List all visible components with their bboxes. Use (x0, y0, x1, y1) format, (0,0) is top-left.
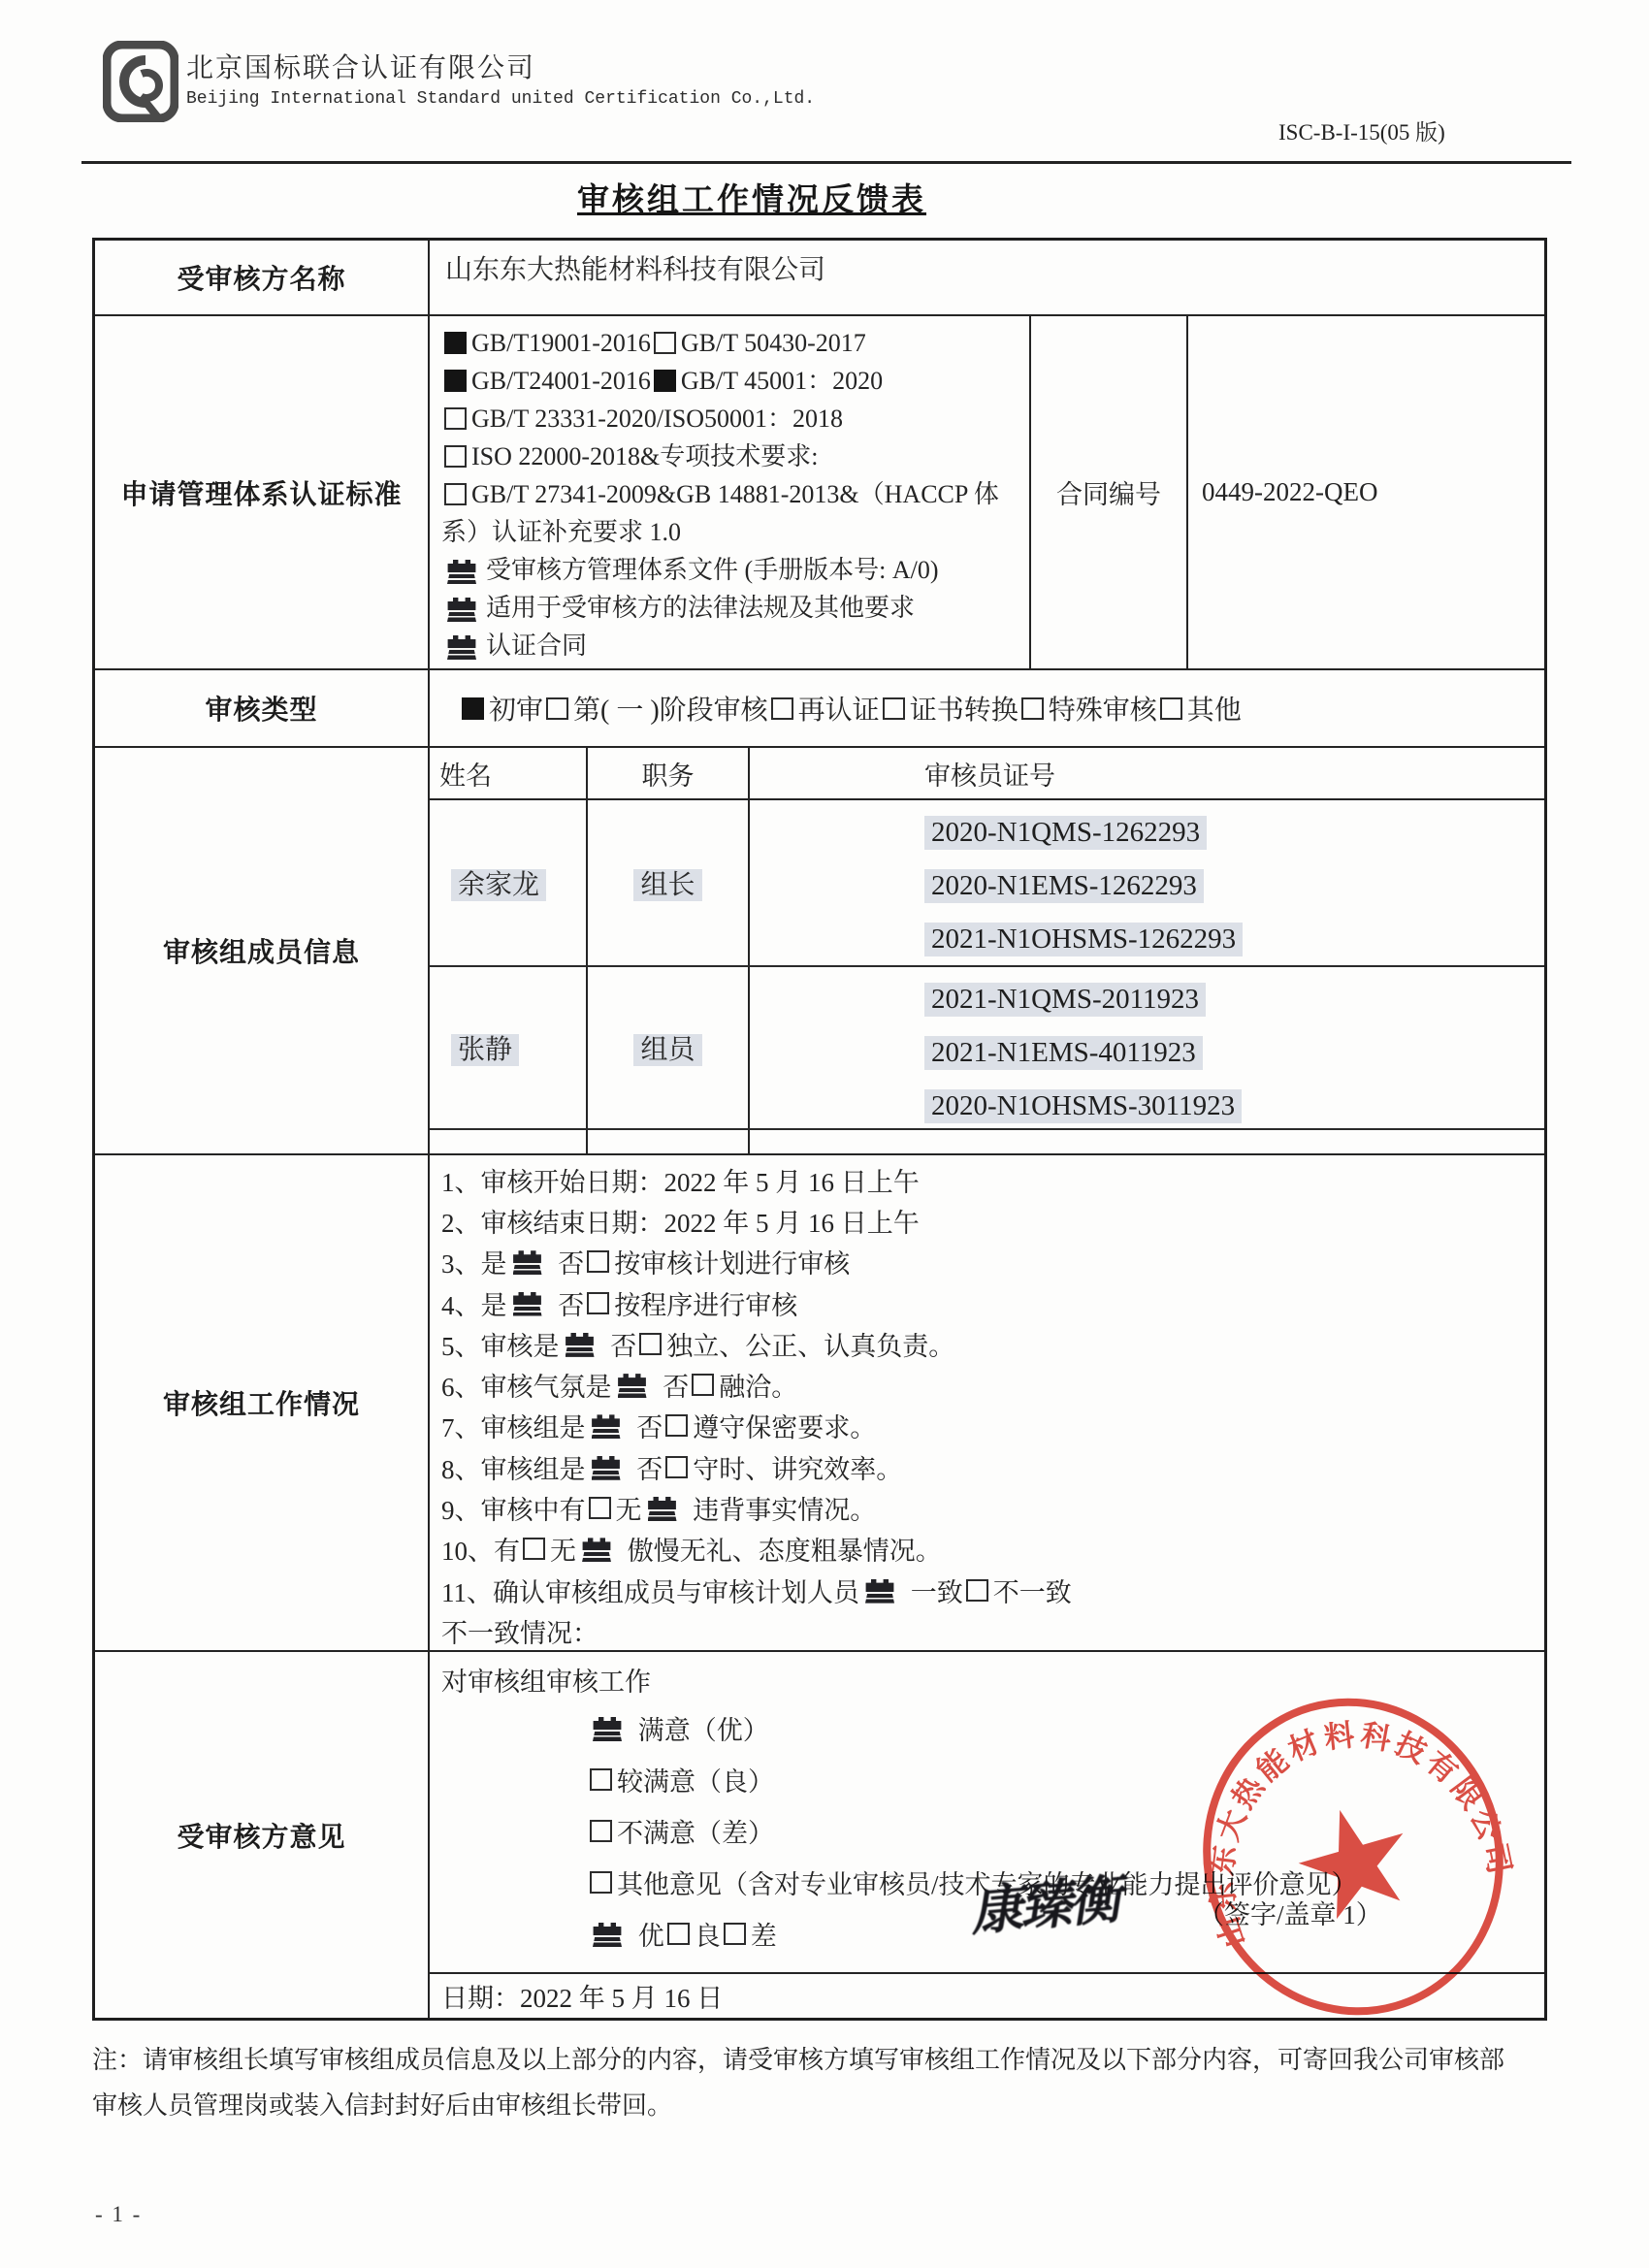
text-segment: 2、审核结束日期：2022 年 5 月 16 日上午 (441, 1202, 920, 1240)
text-segment: 满意（优） (631, 1709, 769, 1747)
text-segment: GB/T 27341-2009&GB 14881-2013&（HACCP 体系）… (441, 480, 999, 546)
checkbox-empty (590, 1820, 612, 1842)
check-stamp-icon (865, 1579, 894, 1604)
contract-number-label: 合同编号 (1031, 316, 1188, 668)
check-stamp-icon (593, 1717, 622, 1741)
seal-company-text: 山东东大热能材料科技有限公司 (1185, 1684, 1520, 1959)
text-segment: 受审核方管理体系文件 (手册版本号: A/0) (486, 556, 939, 584)
checkbox-empty (771, 697, 793, 720)
text-segment: 遵守保密要求。 (693, 1407, 876, 1444)
text-segment: ISO 22000-2018&专项技术要求: (471, 442, 819, 470)
checkbox-empty (1021, 697, 1044, 720)
footer-note: 注：请审核组长填写审核组成员信息及以上部分的内容，请受审核方填写审核组工作情况及… (92, 2037, 1557, 2128)
checkbox-empty (589, 1497, 611, 1519)
text-segment: GB/T24001-2016 (471, 367, 651, 395)
checkbox-empty (883, 697, 905, 720)
scanned-form-page: 北京国标联合认证有限公司 Beijing International Stand… (0, 0, 1649, 2268)
text-segment: 无 (616, 1489, 642, 1527)
row-certification-standards: 申请管理体系认证标准 GB/T19001-2016GB/T 50430-2017… (95, 316, 1544, 670)
member-role-cell: 组员 (588, 967, 750, 1128)
checkbox-empty (587, 1292, 609, 1314)
checkbox-empty (590, 1871, 612, 1894)
seal-star-icon (1287, 1796, 1420, 1926)
footer-note-line1: 注：请审核组长填写审核组成员信息及以上部分的内容，请受审核方填写审核组工作情况及… (92, 2037, 1557, 2083)
audit-work-label: 审核组工作情况 (95, 1155, 430, 1650)
column-header-cert: 审核员证号 (750, 748, 1544, 798)
check-stamp-icon (513, 1250, 542, 1275)
company-name-cn: 北京国标联合认证有限公司 (186, 47, 535, 85)
empty-role-cell (588, 1130, 750, 1153)
empty-name-cell (430, 1130, 588, 1153)
team-members-label: 审核组成员信息 (95, 748, 430, 1153)
checkbox-empty (665, 1456, 688, 1478)
red-company-seal: 山东东大热能材料科技有限公司 (1185, 1684, 1521, 2034)
text-segment: 9、审核中有 (441, 1489, 586, 1527)
team-member-row: 余家龙 组长 2020-N1QMS-12622932020-N1EMS-1262… (430, 800, 1544, 967)
work-item-line: 1、审核开始日期：2022 年 5 月 16 日上午 (441, 1159, 1544, 1200)
standard-option-line: 认证合同 (441, 627, 1025, 664)
text-segment: 其他 (1187, 689, 1242, 728)
member-role: 组长 (633, 869, 701, 901)
checkbox-filled (462, 697, 484, 720)
checkbox-empty (546, 697, 568, 720)
check-stamp-icon (513, 1292, 542, 1316)
contract-number-value: 0449-2022-QEO (1188, 316, 1544, 668)
empty-cert-cell (750, 1130, 1544, 1153)
standard-option-line: 受审核方管理体系文件 (手册版本号: A/0) (441, 551, 1025, 589)
company-name-en: Beijing International Standard united Ce… (186, 89, 815, 109)
certification-company-logo (103, 41, 178, 127)
standard-option-line: GB/T 27341-2009&GB 14881-2013&（HACCP 体系）… (441, 475, 1025, 551)
check-stamp-icon (593, 1923, 622, 1947)
standard-option-line: GB/T24001-2016GB/T 45001：2020 (441, 362, 1025, 400)
auditor-cert-number: 2020-N1OHSMS-3011923 (924, 1080, 1544, 1133)
standards-checklist: GB/T19001-2016GB/T 50430-2017GB/T24001-2… (430, 316, 1031, 668)
audit-work-checklist: 1、审核开始日期：2022 年 5 月 16 日上午2、审核结束日期：2022 … (430, 1155, 1544, 1650)
text-segment: 无 (550, 1530, 576, 1568)
standard-option-line: 适用于受审核方的法律法规及其他要求 (441, 589, 1025, 627)
text-segment: GB/T 50430-2017 (681, 329, 866, 357)
checkbox-empty (444, 483, 467, 505)
text-segment: 适用于受审核方的法律法规及其他要求 (486, 594, 915, 622)
text-segment: 6、审核气氛是 (441, 1366, 612, 1404)
text-segment: 特殊审核 (1049, 689, 1157, 728)
auditor-cert-number: 2021-N1EMS-4011923 (924, 1026, 1544, 1080)
check-stamp-icon (592, 1414, 621, 1439)
footer-note-line2: 审核人员管理岗或装入信封封好后由审核组长带回。 (92, 2083, 1557, 2128)
check-stamp-icon (648, 1497, 677, 1521)
text-segment: 10、有 (441, 1530, 520, 1568)
standard-option-line: ISO 22000-2018&专项技术要求: (441, 437, 1025, 475)
standard-option-line: GB/T19001-2016GB/T 50430-2017 (441, 324, 1025, 362)
checkbox-empty (667, 1923, 690, 1945)
check-stamp-icon (566, 1333, 595, 1357)
text-segment: 一致 (904, 1571, 963, 1609)
text-segment: 5、审核是 (441, 1325, 560, 1363)
checkbox-filled (654, 370, 676, 392)
row-audit-work: 审核组工作情况 1、审核开始日期：2022 年 5 月 16 日上午2、审核结束… (95, 1155, 1544, 1652)
form-title: 审核组工作情况反馈表 (92, 175, 1411, 220)
check-stamp-icon (592, 1456, 621, 1480)
work-item-line: 不一致情况： (441, 1610, 1544, 1651)
checkbox-empty (444, 407, 467, 430)
text-segment: 按审核计划进行审核 (614, 1243, 850, 1280)
checkbox-empty (654, 332, 676, 354)
check-stamp-icon (582, 1538, 611, 1562)
text-segment: 否 (630, 1407, 663, 1444)
row-audit-type: 审核类型 初审第( 一 )阶段审核再认证证书转换特殊审核其他 (95, 670, 1544, 748)
work-item-line: 5、审核是 否独立、公正、认真负责。 (441, 1323, 1544, 1364)
text-segment: 优 (631, 1915, 664, 1953)
auditee-name-label: 受审核方名称 (95, 241, 430, 314)
row-team-members: 审核组成员信息 姓名 职务 审核员证号 余家龙 组长 2020-N1QMS-12… (95, 748, 1544, 1155)
member-name: 余家龙 (451, 869, 546, 901)
work-item-line: 4、是 否按程序进行审核 (441, 1282, 1544, 1323)
checkbox-empty (665, 1414, 688, 1437)
text-segment: 初审 (489, 689, 543, 728)
team-member-row: 张静 组员 2021-N1QMS-20119232021-N1EMS-40119… (430, 967, 1544, 1130)
text-segment: 否 (604, 1325, 637, 1363)
text-segment: 融洽。 (719, 1366, 797, 1404)
page-number: - 1 - (95, 2202, 142, 2227)
checkbox-filled (444, 332, 467, 354)
work-item-line: 3、是 否按审核计划进行审核 (441, 1242, 1544, 1282)
text-segment: 按程序进行审核 (614, 1284, 797, 1322)
text-segment: 良 (695, 1915, 721, 1953)
auditee-opinion-label: 受审核方意见 (95, 1652, 430, 2018)
text-segment: GB/T19001-2016 (471, 329, 651, 357)
text-segment: 独立、公正、认真负责。 (666, 1325, 954, 1363)
text-segment: 认证合同 (486, 632, 587, 660)
checkbox-empty (724, 1923, 746, 1945)
work-item-line: 2、审核结束日期：2022 年 5 月 16 日上午 (441, 1200, 1544, 1241)
member-role: 组员 (633, 1034, 701, 1066)
check-stamp-icon (618, 1374, 647, 1398)
text-segment: 8、审核组是 (441, 1448, 586, 1486)
work-item-line: 7、审核组是 否遵守保密要求。 (441, 1406, 1544, 1446)
check-stamp-icon (447, 560, 476, 584)
text-segment: 7、审核组是 (441, 1407, 586, 1444)
checkbox-empty (692, 1374, 714, 1396)
text-segment: 守时、讲究效率。 (693, 1448, 902, 1486)
checkbox-empty (523, 1538, 545, 1560)
text-segment: 1、审核开始日期：2022 年 5 月 16 日上午 (441, 1161, 920, 1199)
text-segment: 4、是 (441, 1284, 507, 1322)
work-item-line: 6、审核气氛是 否融洽。 (441, 1364, 1544, 1405)
member-certs-cell: 2021-N1QMS-20119232021-N1EMS-40119232020… (750, 967, 1544, 1128)
text-segment: GB/T 23331-2020/ISO50001：2018 (471, 405, 843, 433)
svg-text:山东东大热能材料科技有限公司: 山东东大热能材料科技有限公司 (1185, 1684, 1520, 1959)
member-role-cell: 组长 (588, 800, 750, 965)
text-segment: 否 (630, 1448, 663, 1486)
auditor-cert-number: 2020-N1EMS-1262293 (924, 859, 1544, 913)
text-segment: 不满意（差） (617, 1812, 774, 1850)
checkbox-empty (587, 1250, 609, 1273)
member-name: 张静 (451, 1034, 519, 1066)
text-segment: 否 (552, 1284, 585, 1322)
check-stamp-icon (447, 635, 476, 660)
checkbox-empty (444, 445, 467, 468)
check-stamp-icon (447, 598, 476, 622)
member-certs-cell: 2020-N1QMS-12622932020-N1EMS-12622932021… (750, 800, 1544, 965)
row-auditee-name: 受审核方名称 山东东大热能材料科技有限公司 (95, 241, 1544, 316)
team-members-table: 姓名 职务 审核员证号 余家龙 组长 2020-N1QMS-1262293202… (430, 748, 1544, 1153)
audit-type-label: 审核类型 (95, 670, 430, 746)
work-item-line: 11、确认审核组成员与审核计划人员 一致不一致 (441, 1570, 1544, 1610)
checkbox-filled (444, 370, 467, 392)
text-segment: 否 (657, 1366, 690, 1404)
work-item-line: 10、有无 傲慢无礼、态度粗暴情况。 (441, 1529, 1544, 1570)
text-segment: GB/T 45001：2020 (681, 367, 883, 395)
text-segment: 3、是 (441, 1243, 507, 1280)
text-segment: 不一致 (993, 1571, 1072, 1609)
signature-handwriting: 康臻衡 (967, 1858, 1121, 1945)
text-segment: 证书转换 (910, 689, 1018, 728)
auditor-cert-number: 2021-N1QMS-2011923 (924, 973, 1544, 1026)
text-segment: 较满意（良） (617, 1761, 774, 1798)
header-divider (81, 161, 1571, 164)
work-item-line: 8、审核组是 否守时、讲究效率。 (441, 1446, 1544, 1487)
standard-option-line: GB/T 23331-2020/ISO50001：2018 (441, 400, 1025, 437)
checkbox-empty (590, 1768, 612, 1791)
member-name-cell: 张静 (430, 967, 588, 1128)
work-item-line: 9、审核中有无 违背事实情况。 (441, 1487, 1544, 1528)
auditor-cert-number: 2020-N1QMS-1262293 (924, 806, 1544, 859)
team-table-header: 姓名 职务 审核员证号 (430, 748, 1544, 800)
checkbox-empty (966, 1579, 988, 1602)
checkbox-empty (639, 1333, 662, 1355)
audit-type-options: 初审第( 一 )阶段审核再认证证书转换特殊审核其他 (430, 670, 1544, 746)
column-header-name: 姓名 (430, 748, 588, 798)
standards-label: 申请管理体系认证标准 (95, 316, 430, 668)
member-name-cell: 余家龙 (430, 800, 588, 965)
team-empty-row (430, 1130, 1544, 1153)
text-segment: 第( 一 )阶段审核 (573, 689, 768, 728)
form-code: ISC-B-I-15(05 版) (1278, 114, 1445, 146)
auditor-cert-number: 2021-N1OHSMS-1262293 (924, 913, 1544, 966)
column-header-role: 职务 (588, 748, 750, 798)
auditee-name-value: 山东东大热能材料科技有限公司 (430, 241, 1544, 314)
text-segment: 傲慢无礼、态度粗暴情况。 (621, 1530, 942, 1568)
text-segment: 不一致情况： (441, 1612, 598, 1650)
text-segment: 11、确认审核组成员与审核计划人员 (441, 1571, 859, 1609)
checkbox-empty (1160, 697, 1182, 720)
text-segment: 否 (552, 1243, 585, 1280)
text-segment: 违背事实情况。 (687, 1489, 877, 1527)
text-segment: 再认证 (798, 689, 880, 728)
text-segment: 差 (751, 1915, 777, 1953)
